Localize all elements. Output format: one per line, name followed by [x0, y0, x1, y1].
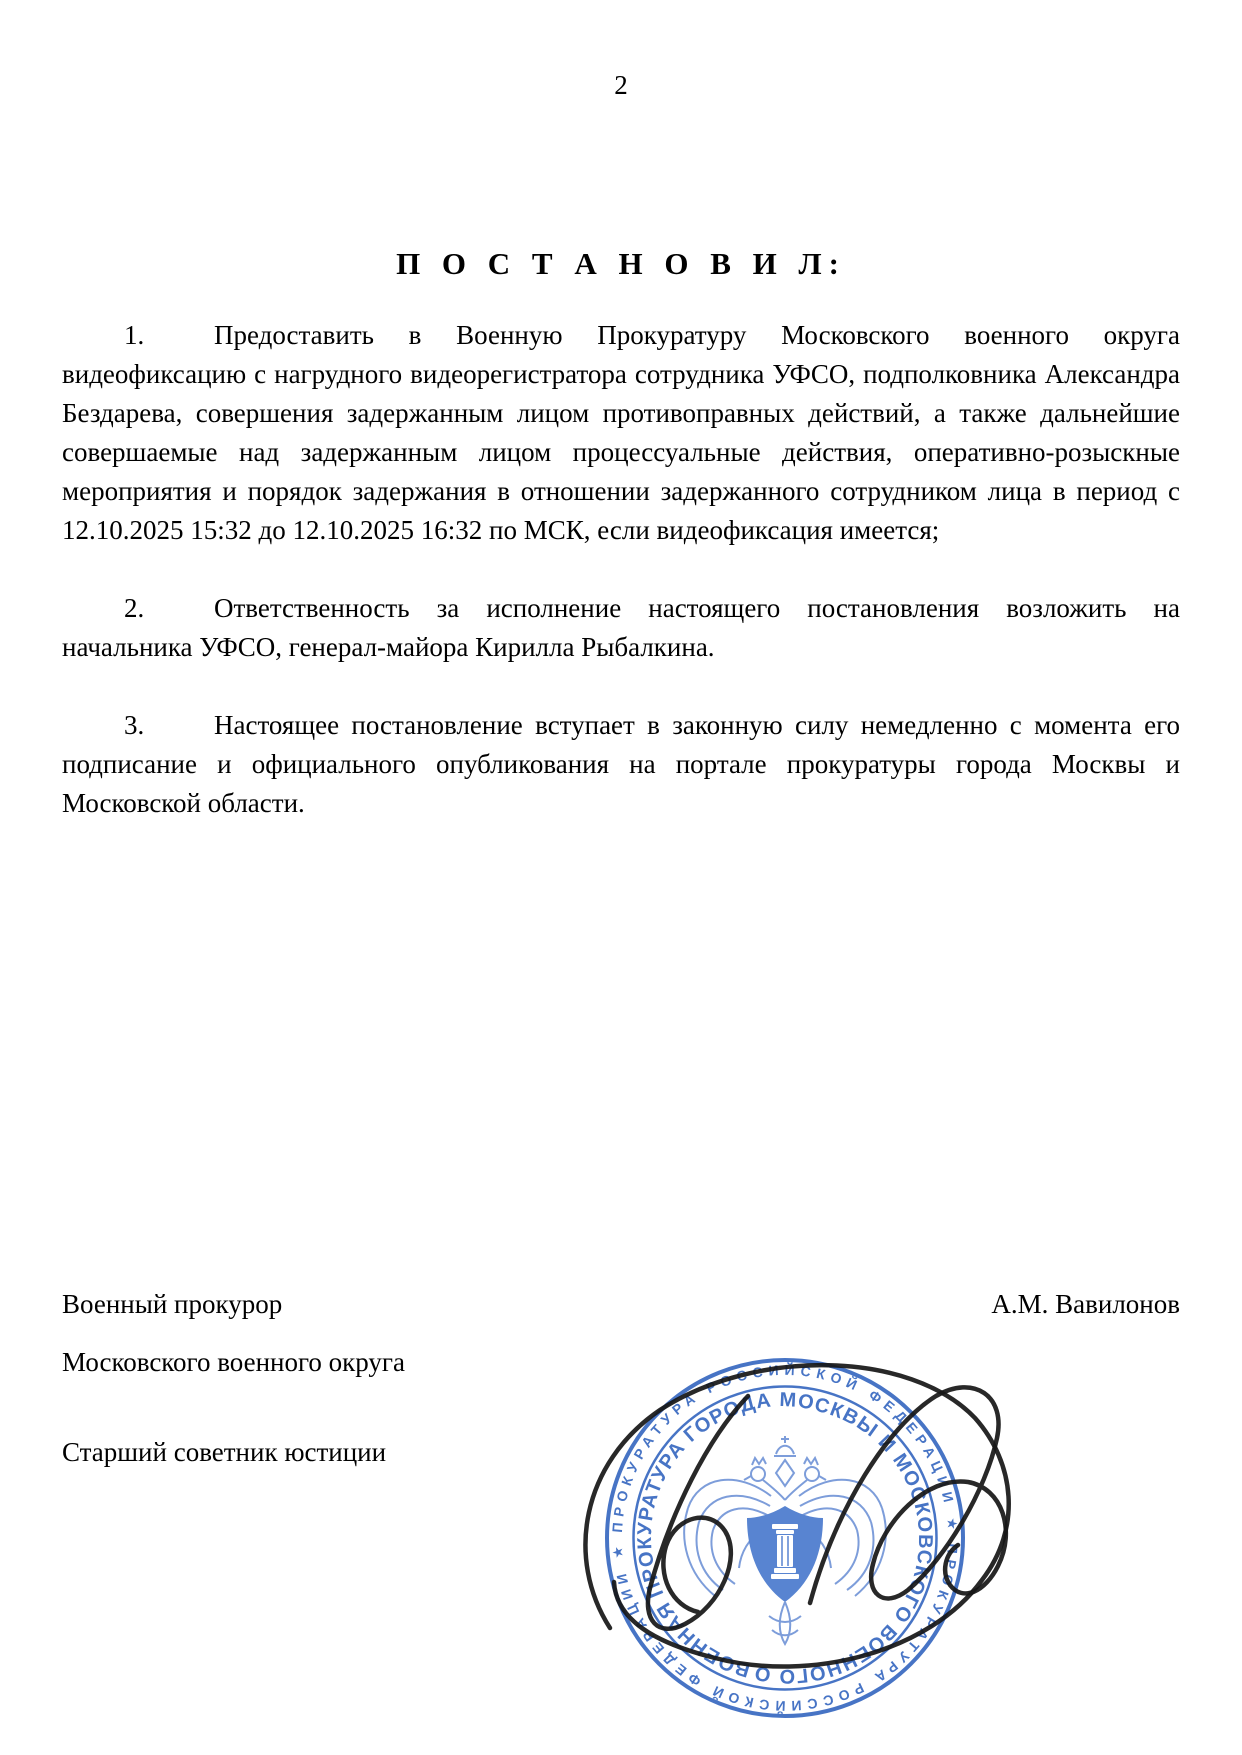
paragraph-2-number: 2.: [124, 589, 214, 628]
stamp-inner-ring-text: ВОЕННАЯ ПРОКУРАТУРА ГОРОДА МОСКВЫ И МОСК…: [510, 1228, 936, 1687]
paragraph-3-text: Настоящее постановление вступает в закон…: [62, 710, 1180, 818]
document-title: П О С Т А Н О В И Л:: [0, 244, 1242, 284]
paragraph-3-number: 3.: [124, 706, 214, 745]
signer-rank: Старший советник юстиции: [62, 1437, 386, 1467]
signer-role-line-2: Московского военного округа: [62, 1347, 405, 1377]
stamp-ring-text: ПРОКУРАТУРА РОССИЙСКОЙ ФЕДЕРАЦИИ ★ ПРОКУ…: [510, 1228, 961, 1715]
document-body: 1.Предоставить в Военную Прокуратуру Мос…: [62, 316, 1180, 862]
paragraph-1-number: 1.: [124, 316, 214, 355]
document-page: 2 П О С Т А Н О В И Л: 1.Предоставить в …: [0, 0, 1242, 1755]
page-number: 2: [0, 70, 1242, 100]
stamp-eagle-emblem: [684, 1436, 886, 1644]
official-stamp: ПРОКУРАТУРА РОССИЙСКОЙ ФЕДЕРАЦИИ ★ ПРОКУ…: [510, 1228, 1090, 1755]
paragraph-3: 3.Настоящее постановление вступает в зак…: [62, 706, 1180, 823]
signer-role-line-1: Военный прокурор: [62, 1288, 282, 1320]
paragraph-2: 2.Ответственность за исполнение настояще…: [62, 589, 1180, 667]
paragraph-2-text: Ответственность за исполнение настоящего…: [62, 593, 1180, 662]
paragraph-1: 1.Предоставить в Военную Прокуратуру Мос…: [62, 316, 1180, 550]
paragraph-1-text: Предоставить в Военную Прокуратуру Моско…: [62, 320, 1180, 545]
